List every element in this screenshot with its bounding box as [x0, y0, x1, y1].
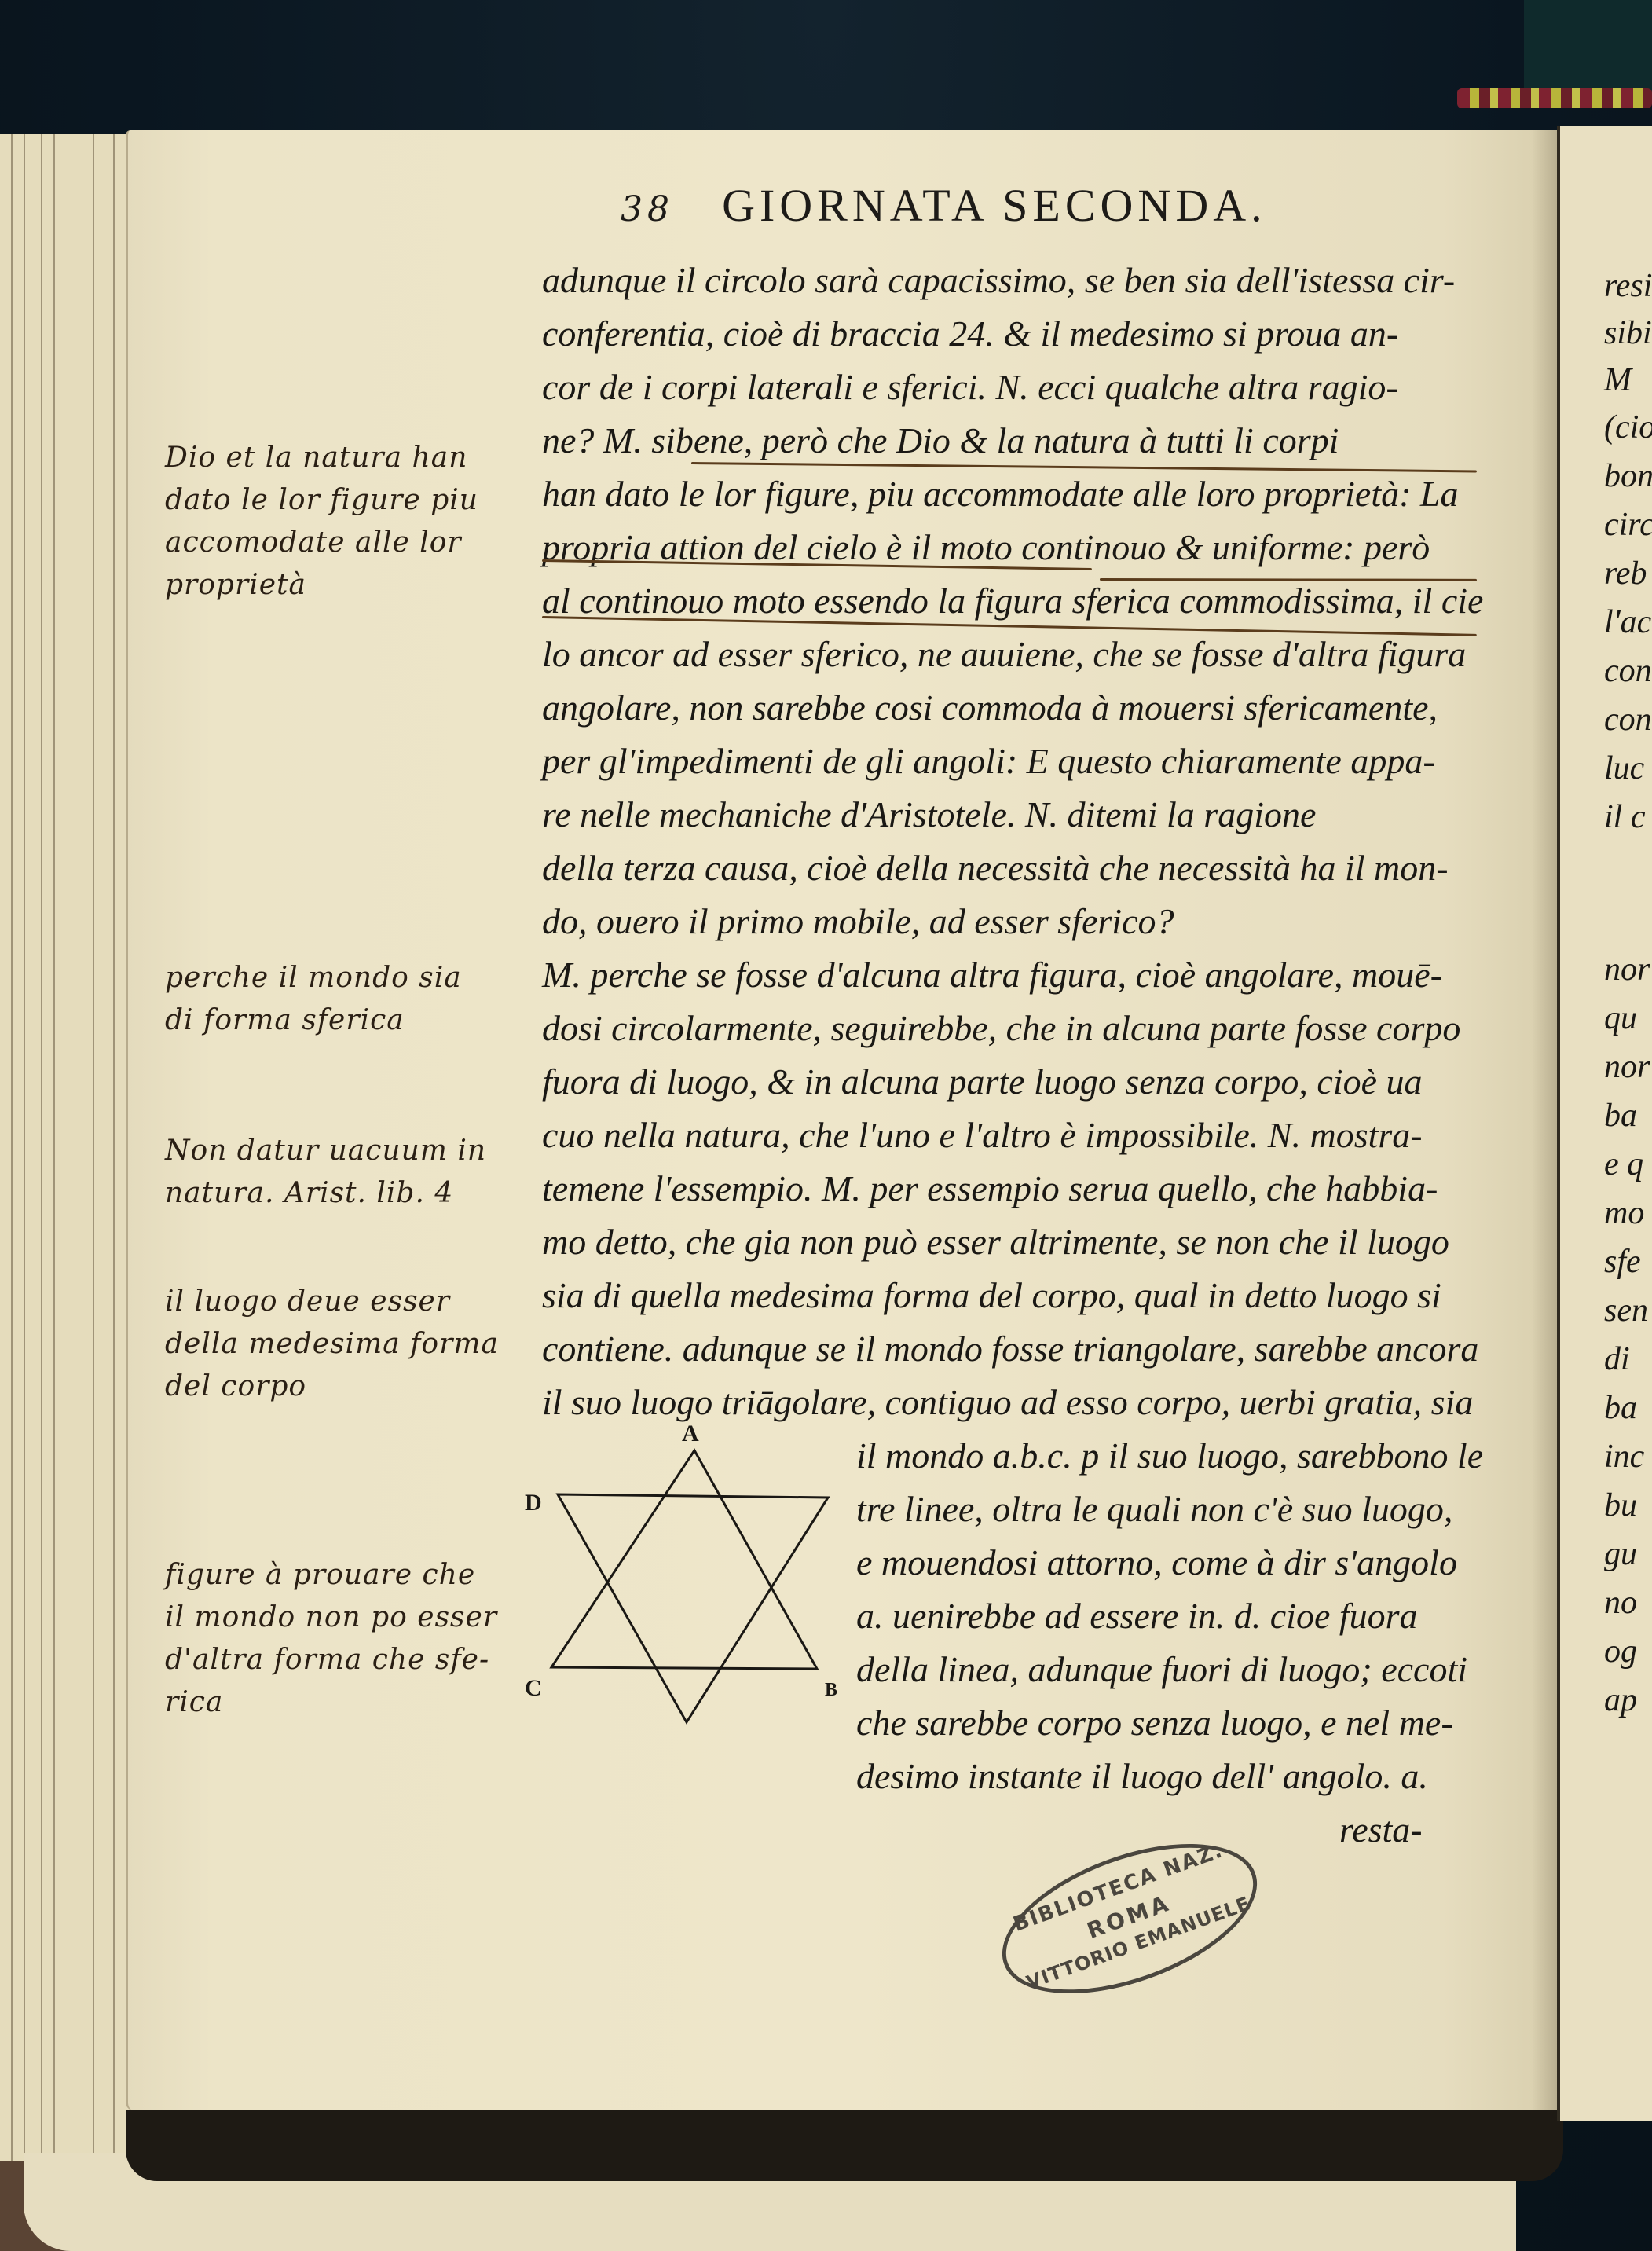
right-page-fragment: inc [1604, 1438, 1644, 1476]
page-shadow-bottom [126, 2110, 1563, 2181]
text-line: della linea, adunque fuori di luogo; ecc… [856, 1648, 1467, 1690]
text-line: contiene. adunque se il mondo fosse tria… [542, 1328, 1478, 1369]
right-page-fragment: qu [1604, 999, 1637, 1037]
vertex-label-c: C [525, 1675, 542, 1701]
right-page-fragment: nor [1604, 1048, 1650, 1086]
right-page-fragment: nor [1604, 951, 1650, 988]
marginal-note: Dio et la natura han dato le lor figure … [165, 437, 478, 607]
text-line: han dato le lor figure, piu accommodate … [542, 473, 1459, 515]
text-line: conferentia, cioè di braccia 24. & il me… [542, 313, 1398, 354]
text-line: cuo nella natura, che l'uno e l'altro è … [542, 1114, 1423, 1156]
page-number: 38 [621, 189, 674, 229]
right-page-fragment: mo [1604, 1194, 1644, 1232]
right-page-fragment: con [1604, 652, 1652, 690]
page-stack-left [0, 134, 139, 2161]
text-line: e mouendosi attorno, come à dir s'angolo [856, 1542, 1457, 1583]
right-page-fragment: e q [1604, 1146, 1643, 1183]
text-line: dosi circolarmente, seguirebbe, che in a… [542, 1007, 1460, 1049]
text-line: do, ouero il primo mobile, ad esser sfer… [542, 900, 1174, 942]
right-page-fragment: ba [1604, 1097, 1637, 1135]
right-page-fragment: bon [1604, 457, 1652, 495]
text-line: fuora di luogo, & in alcuna parte luogo … [542, 1061, 1423, 1102]
right-page-fragment: no [1604, 1584, 1637, 1622]
right-page-fragment: sibi [1604, 314, 1652, 352]
marginal-note: il luogo deue esser della medesima forma… [165, 1281, 499, 1408]
text-line: ne? M. sibene, però che Dio & la natura … [542, 420, 1339, 461]
text-line: cor de i corpi laterali e sferici. N. ec… [542, 366, 1398, 408]
text-line: lo ancor ad esser sferico, ne auuiene, c… [542, 633, 1466, 675]
right-page-fragment: og [1604, 1633, 1637, 1670]
text-line: della terza causa, cioè della necessità … [542, 847, 1449, 889]
right-page-fragment: ba [1604, 1389, 1637, 1427]
right-page-fragment: luc [1604, 750, 1644, 787]
scan-backdrop-right [1524, 0, 1652, 94]
headband-cord [1457, 88, 1652, 108]
right-page-fragment: sen [1604, 1292, 1648, 1329]
right-page-fragment: resi [1604, 267, 1652, 305]
text-line: temene l'essempio. M. per essempio serua… [542, 1168, 1438, 1209]
running-title: GIORNATA SECONDA. [722, 180, 1267, 231]
right-page-fragment: il c [1604, 798, 1645, 836]
right-page-fragment: bu [1604, 1487, 1637, 1524]
right-page-fragment: reb [1604, 555, 1647, 592]
vertex-label-a: A [682, 1421, 699, 1446]
text-line: re nelle mechaniche d'Aristotele. N. dit… [542, 794, 1316, 835]
catchword: resta- [1339, 1809, 1423, 1850]
right-page-fragment: circ [1604, 506, 1652, 544]
text-line: angolare, non sarebbe cosi commoda à mou… [542, 687, 1438, 728]
text-line: a. uenirebbe ad essere in. d. cioe fuora [856, 1595, 1418, 1637]
marginal-note: figure à prouare che il mondo non po ess… [165, 1554, 497, 1724]
text-line: il mondo a.b.c. p il suo luogo, sarebbon… [856, 1435, 1483, 1476]
right-page-fragment: (cio [1604, 409, 1652, 446]
right-page-fragment: l'ac [1604, 603, 1651, 641]
right-page-fragment: M [1604, 361, 1632, 399]
marginal-note: perche il mondo sia di forma sferica [165, 957, 462, 1042]
right-page-fragment: gu [1604, 1535, 1637, 1573]
right-page-fragment: di [1604, 1340, 1630, 1378]
marginal-note: Non datur uacuum in natura. Arist. lib. … [165, 1130, 486, 1215]
text-line: M. perche se fosse d'alcuna altra figura… [542, 954, 1442, 995]
text-line: che sarebbe corpo senza luogo, e nel me- [856, 1702, 1453, 1743]
vertex-label-b: B [825, 1680, 837, 1700]
text-line: adunque il circolo sarà capacissimo, se … [542, 259, 1455, 301]
text-line: per gl'impedimenti de gli angoli: E ques… [542, 740, 1435, 782]
text-line: tre linee, oltra le quali non c'è suo lu… [856, 1488, 1452, 1530]
text-line: mo detto, che gia non può esser altrimen… [542, 1221, 1449, 1263]
text-line: desimo instante il luogo dell' angolo. a… [856, 1755, 1428, 1797]
text-line: al continouo moto essendo la figura sfer… [542, 580, 1483, 621]
running-head: 38 GIORNATA SECONDA. [621, 179, 1267, 232]
right-page-fragment: ap [1604, 1681, 1637, 1719]
vertex-label-d: D [525, 1490, 542, 1516]
hexagram-diagram: A D C B [518, 1406, 848, 1736]
text-line: sia di quella medesima forma del corpo, … [542, 1274, 1441, 1316]
right-page-fragment: sfe [1604, 1243, 1641, 1281]
right-page-fragment: con [1604, 701, 1652, 739]
